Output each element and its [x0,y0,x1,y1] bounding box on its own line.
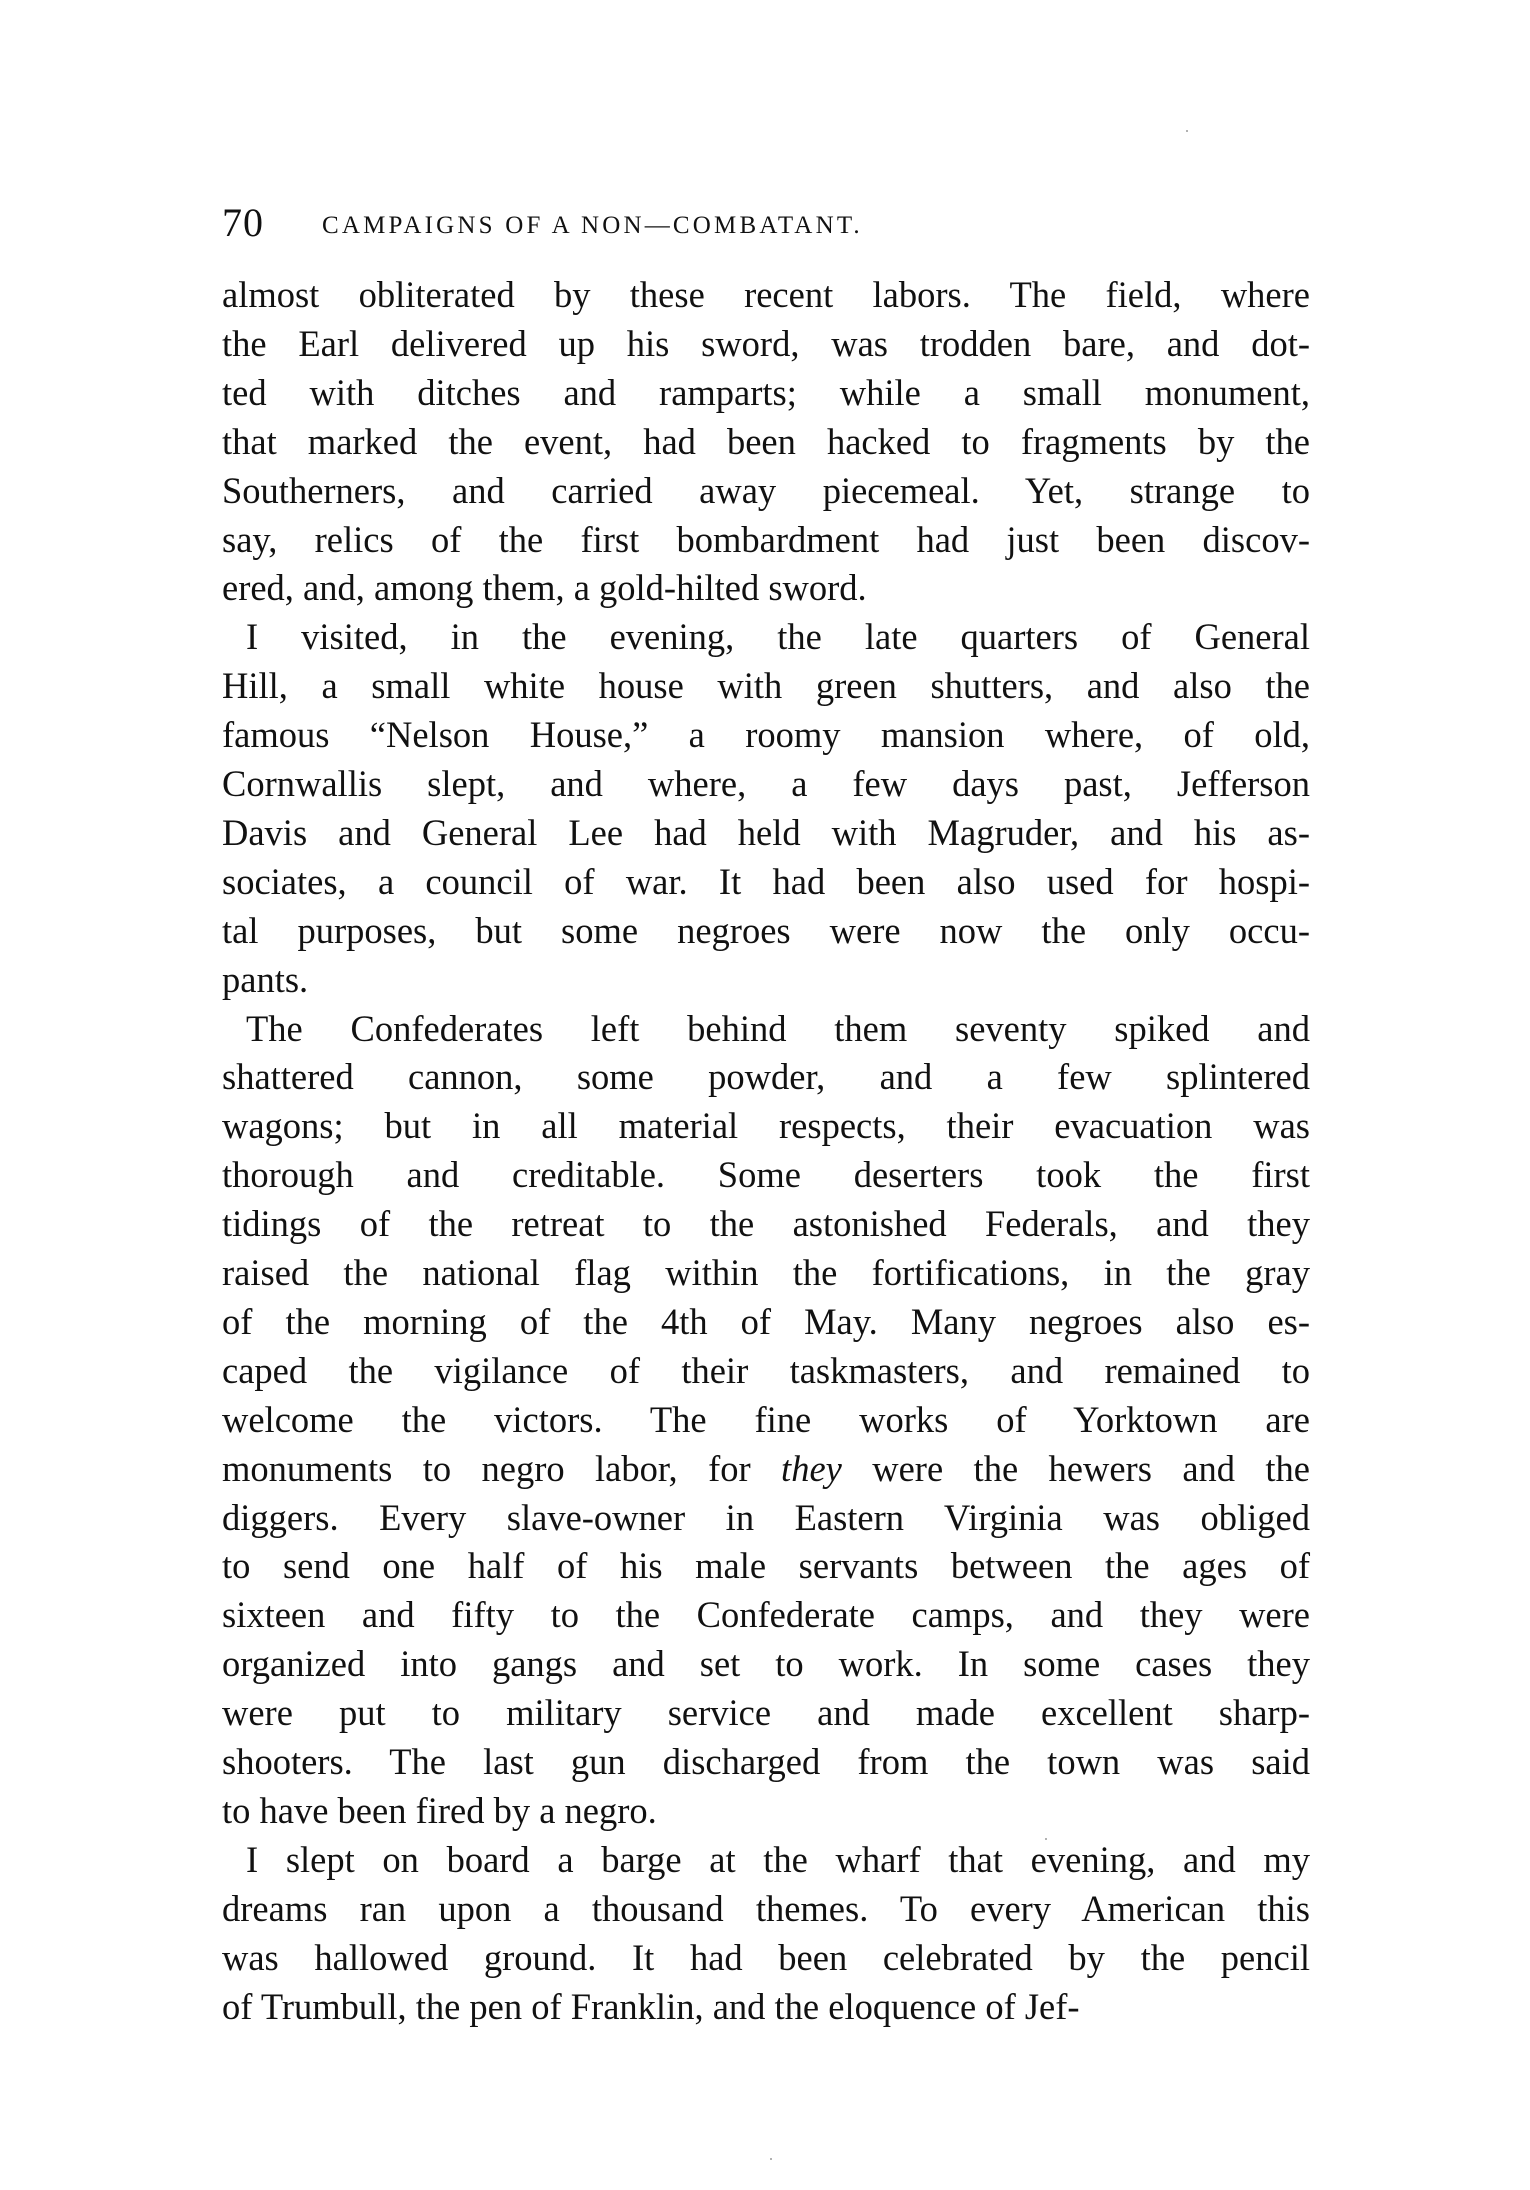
text-line: tidings of the retreat to the astonished… [222,1199,1310,1248]
running-head: 70 CAMPAIGNS OF A NON—COMBATANT. [222,198,1312,248]
text-line: ered, and, among them, a gold-hilted swo… [222,563,1310,612]
text-line: almost obliterated by these recent labor… [222,270,1310,319]
text-line: were put to military service and made ex… [222,1688,1310,1737]
text-line: Hill, a small white house with green shu… [222,661,1310,710]
text-line: diggers. Every slave-owner in Eastern Vi… [222,1493,1310,1542]
text-line: Cornwallis slept, and where, a few days … [222,759,1310,808]
text-line: of Trumbull, the pen of Franklin, and th… [222,1982,1310,2031]
text-line: welcome the victors. The fine works of Y… [222,1395,1310,1444]
scan-speck [1186,130,1188,132]
text-line: of the morning of the 4th of May. Many n… [222,1297,1310,1346]
scan-speck [770,2158,772,2160]
text-line: organized into gangs and set to work. In… [222,1639,1310,1688]
text-line: shooters. The last gun discharged from t… [222,1737,1310,1786]
text-line: tal purposes, but some negroes were now … [222,906,1310,955]
text-line: was hallowed ground. It had been celebra… [222,1933,1310,1982]
text-line: famous “Nelson House,” a roomy mansion w… [222,710,1310,759]
text-line: ted with ditches and ramparts; while a s… [222,368,1310,417]
italic-text: they [781,1448,842,1489]
text-line: pants. [222,955,1310,1004]
text-line: I visited, in the evening, the late quar… [222,612,1310,661]
text-line: to send one half of his male servants be… [222,1541,1310,1590]
text-line: Southerners, and carried away piecemeal.… [222,466,1310,515]
text-line: The Confederates left behind them sevent… [222,1004,1310,1053]
text-line: the Earl delivered up his sword, was tro… [222,319,1310,368]
running-head-title: CAMPAIGNS OF A NON—COMBATANT. [322,206,863,246]
text-line: thorough and creditable. Some deserters … [222,1150,1310,1199]
text-line: shattered cannon, some powder, and a few… [222,1052,1310,1101]
text-line: caped the vigilance of their taskmasters… [222,1346,1310,1395]
text-line: wagons; but in all material respects, th… [222,1101,1310,1150]
text-line: Davis and General Lee had held with Magr… [222,808,1310,857]
text-line: monuments to negro labor, for they were … [222,1444,1310,1493]
text-line: sixteen and fifty to the Confederate cam… [222,1590,1310,1639]
text-line: raised the national flag within the fort… [222,1248,1310,1297]
scan-speck [1045,1838,1047,1840]
text-line: to have been fired by a negro. [222,1786,1310,1835]
page-number: 70 [222,198,264,248]
text-line: say, relics of the first bombardment had… [222,515,1310,564]
text-line: sociates, a council of war. It had been … [222,857,1310,906]
text-line: I slept on board a barge at the wharf th… [222,1835,1310,1884]
text-line: dreams ran upon a thousand themes. To ev… [222,1884,1310,1933]
book-page: 70 CAMPAIGNS OF A NON—COMBATANT. almost … [0,0,1530,2190]
text-line: that marked the event, had been hacked t… [222,417,1310,466]
